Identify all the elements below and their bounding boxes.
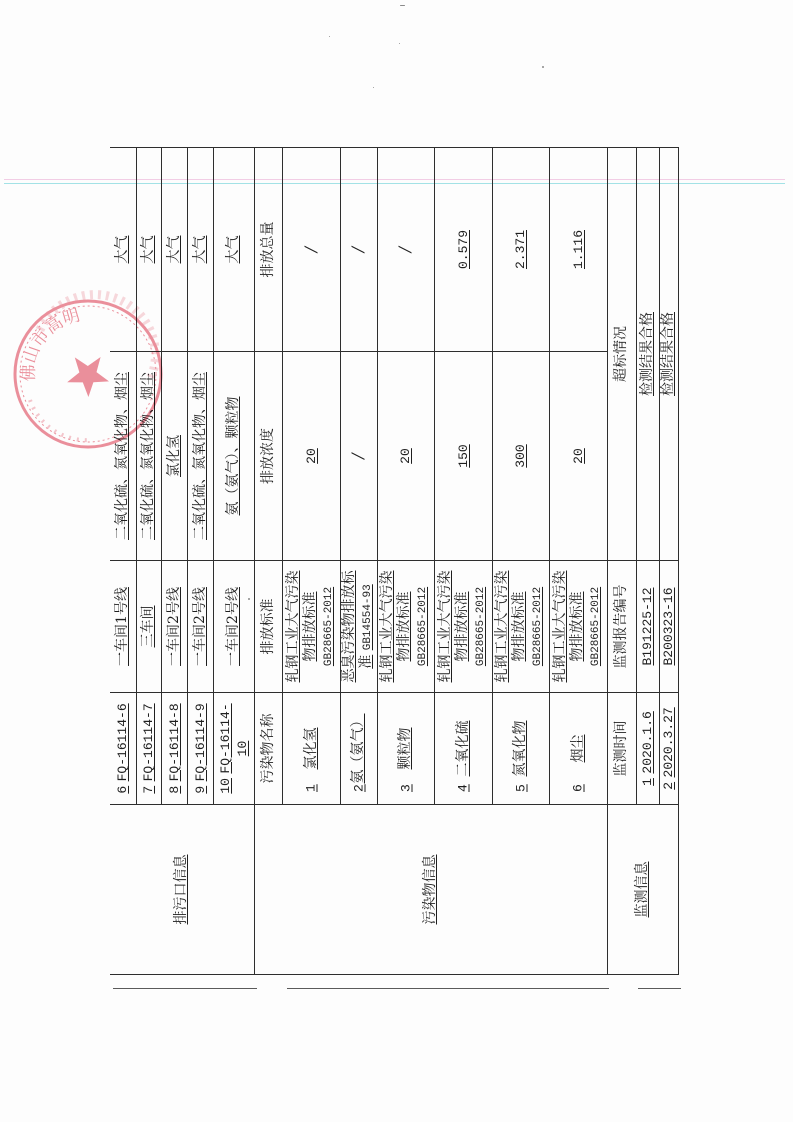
header-emission-concentration: 排放浓度 [254, 352, 282, 561]
monitoring-number: 2 [661, 782, 676, 790]
outlet-code-cell: 10 FQ-16114-10 [213, 693, 254, 805]
monitoring-time-cell: 1 2020.1.6 [636, 693, 659, 805]
pollutant-header-row: 污染物信息 污染物名称 排放标准 排放浓度 排放总量 [254, 148, 282, 975]
pollutant-total: / [395, 247, 414, 252]
monitoring-number: 1 [640, 778, 655, 786]
outlet-number: 9 [193, 786, 208, 794]
pollutant-name-cell: 6烟尘 [549, 693, 607, 805]
outlet-location: 一车间2号线 [166, 587, 182, 666]
pollutant-number: 1 [303, 784, 320, 792]
pollutant-total-cell: / [377, 148, 434, 352]
seal-serial-digits [30, 400, 90, 440]
section-label-outlet: 排污口信息 [110, 805, 254, 975]
outlet-pollutants: 氨（氨气）、颗粒物 [225, 397, 241, 516]
outlet-destination-cell: 大气 [187, 148, 213, 352]
outlet-number: 8 [167, 786, 182, 794]
section-label-text: 污染物信息 [422, 855, 438, 925]
outlet-location-cell: 一车间2号线 [161, 561, 187, 693]
outlet-row: 排污口信息 6 FQ-16114-6 一车间1号线 二氧化硫、氮氧化物、烟尘 大… [110, 148, 136, 975]
outlet-code: FQ-16114-6 [115, 703, 130, 781]
standard-code: GB14554-93 [362, 584, 374, 650]
scan-speck [373, 87, 374, 88]
outlet-destination-cell: 大气 [213, 148, 254, 352]
pollutant-concentration: 20 [398, 448, 413, 464]
outlet-location-cell: 一车间2号线 [213, 561, 254, 693]
outlet-location-cell: 三车间 [136, 561, 161, 693]
pollutant-name-cell: 4二氧化硫 [434, 693, 492, 805]
standard-code: GB28665-2012 [417, 587, 429, 666]
pollutant-concentration-cell: 20 [549, 352, 607, 561]
section-label-pollutant: 污染物信息 [254, 805, 607, 975]
monitoring-time: 2020.3.27 [661, 707, 676, 777]
pollutant-name: 氮氧化物 [512, 721, 528, 777]
pollutant-standard-cell: 轧钢工业大气污染物排放标准 GB28665-2012 [282, 561, 340, 693]
report-number-cell: B191225-12 [636, 561, 659, 693]
pollutant-concentration: 20 [304, 448, 319, 464]
outlet-destination: 大气 [114, 236, 130, 264]
exceedance-cell: 检测结果合格 [636, 148, 659, 561]
outlet-location-cell: 一车间2号线 [187, 561, 213, 693]
seal-star-icon [67, 357, 109, 397]
pollutant-total-cell: 1.116 [549, 148, 607, 352]
outlet-code: FQ-16114-7 [141, 703, 156, 781]
pollutant-total: 0.579 [456, 230, 471, 269]
outlet-destination: 大气 [192, 236, 208, 264]
pollutant-total: 2.371 [513, 230, 528, 269]
standard-code: GB28665-2012 [590, 587, 602, 666]
outlet-pollutants: 二氧化硫、氮氧化物、烟尘 [140, 372, 156, 540]
seal-text: 佛山市高明 [19, 305, 83, 381]
pollutant-standard-cell: 轧钢工业大气污染物排放标准 GB28665-2012 [492, 561, 549, 693]
outlet-destination: 大气 [140, 236, 156, 264]
outlet-number: 10 [218, 778, 233, 794]
header-report-number: 监测报告编号 [607, 561, 636, 693]
pollutant-number: 4 [455, 784, 472, 792]
standard-name: 轧钢工业大气污染物排放标准 [379, 571, 412, 683]
scan-speck [542, 66, 544, 68]
pollutant-concentration: 20 [571, 448, 586, 464]
pollutant-standard-cell: 轧钢工业大气污染物排放标准 GB28665-2012 [434, 561, 492, 693]
monitoring-time: 2020.1.6 [640, 711, 655, 773]
header-emission-standard: 排放标准 [254, 561, 282, 693]
exceedance-cell: 检测结果合格 [659, 148, 678, 561]
outlet-pollutants-cell: 二氧化硫、氮氧化物、烟尘 [110, 352, 136, 561]
pollutant-number: 6 [570, 784, 587, 792]
pollutant-name-cell: 3颗粒物 [377, 693, 434, 805]
header-exceedance: 超标情况 [607, 148, 636, 561]
outlet-code-cell: 9 FQ-16114-9 [187, 693, 213, 805]
outlet-location: 一车间1号线 [114, 587, 130, 666]
outlet-destination-cell: 大气 [110, 148, 136, 352]
outlet-pollutants-cell: 二氧化硫、氮氧化物、烟尘 [136, 352, 161, 561]
report-number-cell: B200323-16 [659, 561, 678, 693]
continuation-line [638, 988, 681, 989]
pollutant-number: 5 [512, 784, 529, 792]
pollutant-concentration-cell: 20 [377, 352, 434, 561]
pollutant-standard-cell: 轧钢工业大气污染物排放标准 GB28665-2012 [377, 561, 434, 693]
pollutant-concentration: 300 [513, 444, 528, 467]
monitoring-time-cell: 2 2020.3.27 [659, 693, 678, 805]
pollutant-standard-cell: 恶臭污染物排放标准 GB14554-93 [340, 561, 377, 693]
pollutant-total: 1.116 [571, 230, 586, 269]
pollutant-concentration: 150 [456, 444, 471, 467]
continuation-line [287, 988, 609, 989]
scan-speck [399, 43, 400, 44]
outlet-destination-cell: 大气 [136, 148, 161, 352]
outlet-code-cell: 8 FQ-16114-8 [161, 693, 187, 805]
header-emission-total: 排放总量 [254, 148, 282, 352]
outlet-location: 三车间 [140, 606, 156, 648]
standard-name: 轧钢工业大气污染物排放标准 [285, 571, 318, 683]
pollutant-concentration-cell: 20 [282, 352, 340, 561]
pollutant-name: 颗粒物 [397, 728, 413, 770]
pollutant-total-cell: 2.371 [492, 148, 549, 352]
pollutant-name: 烟尘 [570, 735, 586, 763]
outlet-number: 7 [141, 786, 156, 794]
outlet-pollutants-cell: 氨（氨气）、颗粒物 [213, 352, 254, 561]
exceedance-result: 检测结果合格 [639, 312, 655, 396]
outlet-destination: 大气 [166, 236, 182, 264]
pollutant-standard-cell: 轧钢工业大气污染物排放标准 GB28665-2012 [549, 561, 607, 693]
outlet-location-cell: 一车间1号线 [110, 561, 136, 693]
exceedance-result: 检测结果合格 [660, 312, 676, 396]
pollutant-name-cell: 5氮氧化物 [492, 693, 549, 805]
pollutant-total-cell: / [340, 148, 377, 352]
outlet-code-cell: 7 FQ-16114-7 [136, 693, 161, 805]
seal-text-path: 佛山市高明 [19, 305, 83, 381]
standard-code: GB28665-2012 [323, 587, 335, 666]
header-monitoring-time: 监测时间 [607, 693, 636, 805]
outlet-pollutants: 二氧化硫、氮氧化物、烟尘 [192, 372, 208, 540]
report-number: B200323-16 [661, 588, 676, 666]
rotated-table-wrapper: 排污口信息 6 FQ-16114-6 一车间1号线 二氧化硫、氮氧化物、烟尘 大… [110, 148, 678, 975]
pollutant-total-cell: / [282, 148, 340, 352]
section-label-monitoring: 监测信息 [607, 805, 678, 975]
section-label-text: 排污口信息 [173, 855, 189, 925]
pollutant-name: 二氧化硫 [455, 721, 471, 777]
standard-name: 轧钢工业大气污染物排放标准 [552, 571, 585, 683]
pollutant-total: / [301, 247, 320, 252]
standard-code: GB28665-2012 [532, 587, 544, 666]
pollutant-total: / [348, 247, 367, 252]
report-number: B191225-12 [640, 588, 655, 666]
pollutant-number: 3 [397, 784, 414, 792]
pollutant-concentration-cell: / [340, 352, 377, 561]
pollutant-name-cell: 1氯化氢 [282, 693, 340, 805]
pollutant-concentration: / [348, 453, 367, 458]
outlet-code: FQ-16114-9 [193, 703, 208, 781]
pollutant-name: 氯化氢 [303, 728, 319, 770]
monitoring-header-row: 监测信息 监测时间 监测报告编号 超标情况 [607, 148, 636, 975]
scan-speck [400, 5, 405, 6]
continuation-line [113, 988, 257, 989]
outlet-location: 一车间2号线 [225, 587, 241, 666]
outlet-pollutants-cell: 氯化氢 [161, 352, 187, 561]
pollutant-total-cell: 0.579 [434, 148, 492, 352]
header-pollutant-name: 污染物名称 [254, 693, 282, 805]
pollutant-concentration-cell: 300 [492, 352, 549, 561]
document-page: 排污口信息 6 FQ-16114-6 一车间1号线 二氧化硫、氮氧化物、烟尘 大… [0, 0, 793, 1122]
pollutant-concentration-cell: 150 [434, 352, 492, 561]
pollutant-number: 2 [350, 784, 367, 792]
outlet-destination: 大气 [225, 236, 241, 264]
outlet-pollutants: 氯化氢 [166, 435, 182, 477]
section-label-text: 监测信息 [634, 862, 650, 918]
pollutant-name-cell: 2氨（氨气） [340, 693, 377, 805]
standard-name: 轧钢工业大气污染物排放标准 [437, 571, 470, 683]
outlet-location: 一车间2号线 [192, 587, 208, 666]
standard-name: 轧钢工业大气污染物排放标准 [494, 571, 527, 683]
standard-code: GB28665-2012 [475, 587, 487, 666]
outlet-code: FQ-16114-10 [218, 703, 250, 773]
outlet-pollutants: 二氧化硫、氮氧化物、烟尘 [114, 372, 130, 540]
outlet-code-cell: 6 FQ-16114-6 [110, 693, 136, 805]
outlet-destination-cell: 大气 [161, 148, 187, 352]
outlet-pollutants-cell: 二氧化硫、氮氧化物、烟尘 [187, 352, 213, 561]
scan-speck [329, 36, 330, 37]
permit-info-table: 排污口信息 6 FQ-16114-6 一车间1号线 二氧化硫、氮氧化物、烟尘 大… [110, 147, 679, 975]
pollutant-name: 氨（氨气） [350, 714, 366, 784]
outlet-code: FQ-16114-8 [167, 703, 182, 781]
outlet-number: 6 [115, 786, 130, 794]
